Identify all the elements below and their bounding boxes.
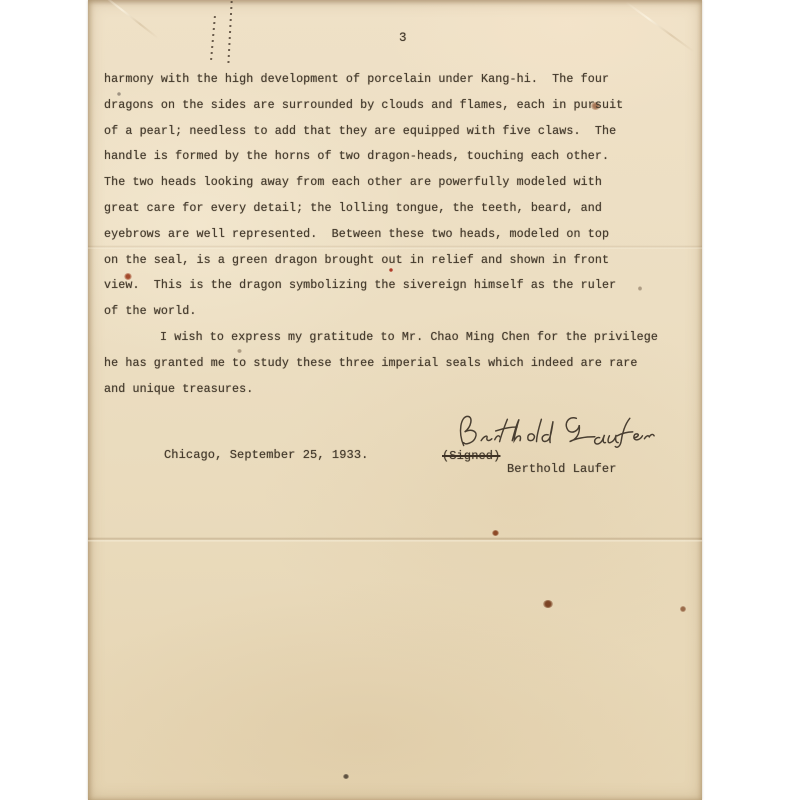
handwritten-signature bbox=[452, 406, 658, 452]
typed-line: dragons on the sides are surrounded by c… bbox=[104, 93, 684, 119]
typed-line: The two heads looking away from each oth… bbox=[104, 170, 684, 196]
letter-body: harmony with the high development of por… bbox=[104, 67, 684, 402]
page-number: 3 bbox=[399, 31, 407, 45]
typed-line: on the seal, is a green dragon brought o… bbox=[104, 248, 684, 274]
stitch-mark-right bbox=[227, 1, 232, 65]
dateline: Chicago, September 25, 1933. bbox=[164, 448, 368, 462]
typed-line: of a pearl; needless to add that they ar… bbox=[104, 119, 684, 145]
fold-crease-lower bbox=[88, 537, 702, 542]
corner-crease-top-left bbox=[103, 0, 159, 39]
typed-line: handle is formed by the horns of two dra… bbox=[104, 144, 684, 170]
foxing-spot bbox=[543, 600, 553, 608]
typed-line: I wish to express my gratitude to Mr. Ch… bbox=[104, 325, 684, 351]
stitch-mark-left bbox=[210, 16, 216, 60]
scan-background: 3 harmony with the high development of p… bbox=[0, 0, 800, 800]
typed-line: he has granted me to study these three i… bbox=[104, 351, 684, 377]
foxing-spot bbox=[492, 530, 499, 536]
typed-line: view. This is the dragon symbolizing the… bbox=[104, 273, 684, 299]
typed-line: and unique treasures. bbox=[104, 377, 684, 403]
corner-crease-top-right bbox=[625, 2, 694, 53]
typed-line: great care for every detail; the lolling… bbox=[104, 196, 684, 222]
foxing-spot bbox=[680, 606, 686, 612]
typed-line: eyebrows are well represented. Between t… bbox=[104, 222, 684, 248]
typed-signature-name: Berthold Laufer bbox=[507, 462, 617, 476]
ink-speck bbox=[343, 774, 349, 779]
letter-page: 3 harmony with the high development of p… bbox=[88, 0, 702, 800]
typed-line: of the world. bbox=[104, 299, 684, 325]
typed-line: harmony with the high development of por… bbox=[104, 67, 684, 93]
signed-label-struck: (Signed) bbox=[442, 449, 500, 463]
